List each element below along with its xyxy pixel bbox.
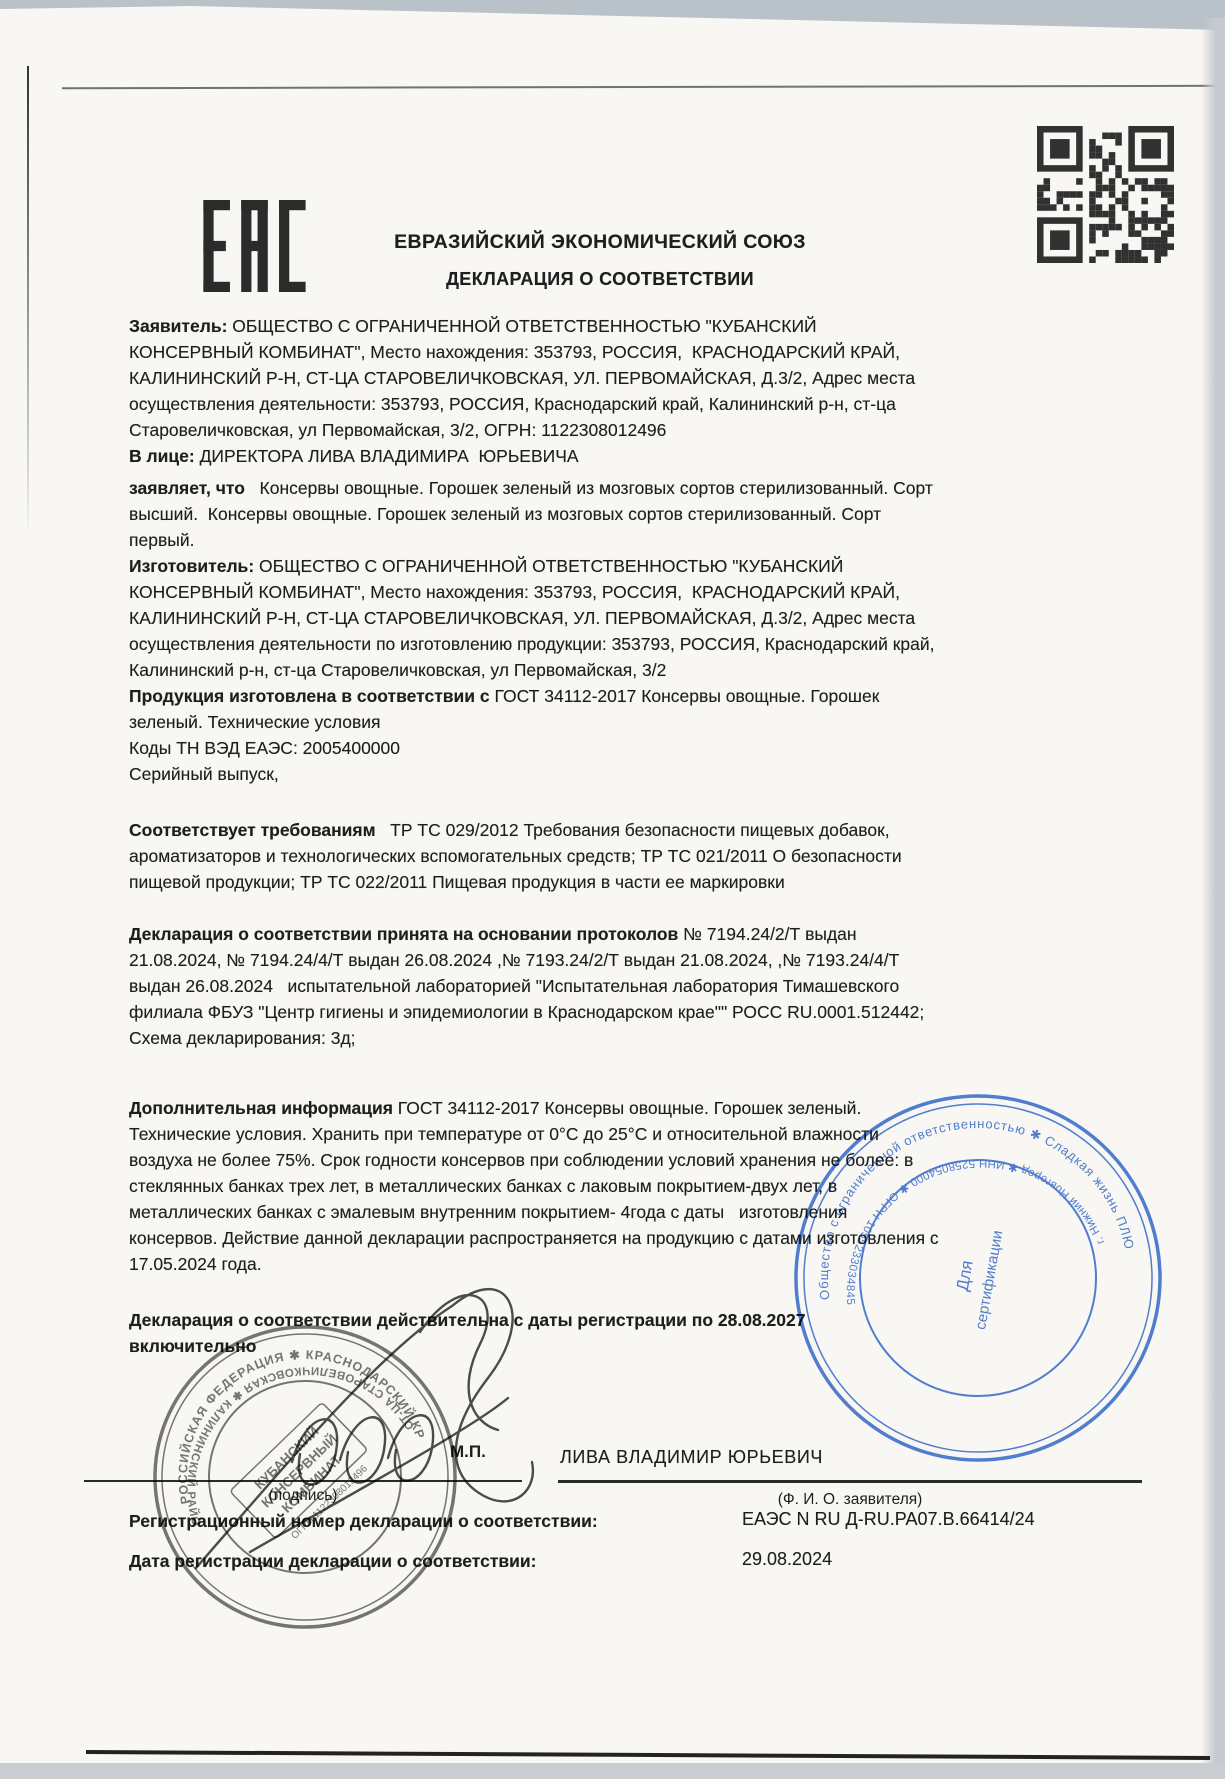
product-standard-label: Продукция изготовлена в соответствии с [129, 686, 490, 706]
protocols-paragraph: Декларация о соответствии принята на осн… [129, 921, 1081, 1051]
in-person-text: ДИРЕКТОРА ЛИВА ВЛАДИМИРА ЮРЬЕВИЧА [195, 446, 579, 466]
qr-code [1037, 126, 1174, 263]
protocols-label: Декларация о соответствии принята на осн… [129, 924, 678, 944]
manufacturer-label: Изготовитель: [129, 556, 254, 576]
in-person-label: В лице: [129, 446, 195, 466]
page-bottom-edge [86, 1750, 1210, 1760]
scanner-edge-right [1201, 18, 1225, 1779]
declares-label: заявляет, что [129, 478, 245, 498]
certification-stamp-center-line1: Для [953, 1259, 977, 1292]
applicant-text: ОБЩЕСТВО С ОГРАНИЧЕННОЙ ОТВЕТСТВЕННОСТЬЮ… [129, 316, 915, 440]
additional-info-label: Дополнительная информация [129, 1098, 393, 1118]
requirements-paragraph: Соответствует требованиям ТР ТС 029/2012… [129, 817, 1081, 895]
product-standard-paragraph: Продукция изготовлена в соответствии с Г… [129, 683, 1081, 787]
registration-number-value: ЕАЭС N RU Д-RU.РА07.В.66414/24 [742, 1509, 1035, 1530]
registration-date-value: 29.08.2024 [742, 1549, 832, 1570]
declares-text: Консервы овощные. Горошек зеленый из моз… [129, 478, 933, 550]
page-subtitle: ДЕКЛАРАЦИЯ О СООТВЕТСТВИИ [140, 269, 1060, 290]
top-rule-line [62, 85, 1225, 89]
left-margin-line [27, 66, 29, 536]
document-header: ЕВРАЗИЙСКИЙ ЭКОНОМИЧЕСКИЙ СОЮЗ ДЕКЛАРАЦИ… [140, 231, 1060, 290]
in-person-paragraph: В лице: ДИРЕКТОРА ЛИВА ВЛАДИМИРА ЮРЬЕВИЧ… [129, 443, 1081, 469]
manufacturer-paragraph: Изготовитель: ОБЩЕСТВО С ОГРАНИЧЕННОЙ ОТ… [129, 553, 1081, 683]
declares-paragraph: заявляет, что Консервы овощные. Горошек … [129, 475, 1081, 553]
certification-stamp-center-line2: сертификации [972, 1229, 1006, 1331]
page-title: ЕВРАЗИЙСКИЙ ЭКОНОМИЧЕСКИЙ СОЮЗ [140, 231, 1060, 254]
applicant-paragraph: Заявитель: ОБЩЕСТВО С ОГРАНИЧЕННОЙ ОТВЕТ… [129, 313, 1081, 443]
applicant-name: ЛИВА ВЛАДИМИР ЮРЬЕВИЧ [560, 1447, 823, 1468]
requirements-label: Соответствует требованиям [129, 820, 376, 840]
scanner-edge-bottom [0, 1763, 1225, 1779]
certification-round-stamp: Общество с ограниченной ответственностью… [746, 1046, 1209, 1509]
applicant-label: Заявитель: [129, 316, 227, 336]
scanner-edge-top [0, 0, 1225, 32]
scanned-declaration-page: ЕВРАЗИЙСКИЙ ЭКОНОМИЧЕСКИЙ СОЮЗ ДЕКЛАРАЦИ… [0, 0, 1225, 1779]
